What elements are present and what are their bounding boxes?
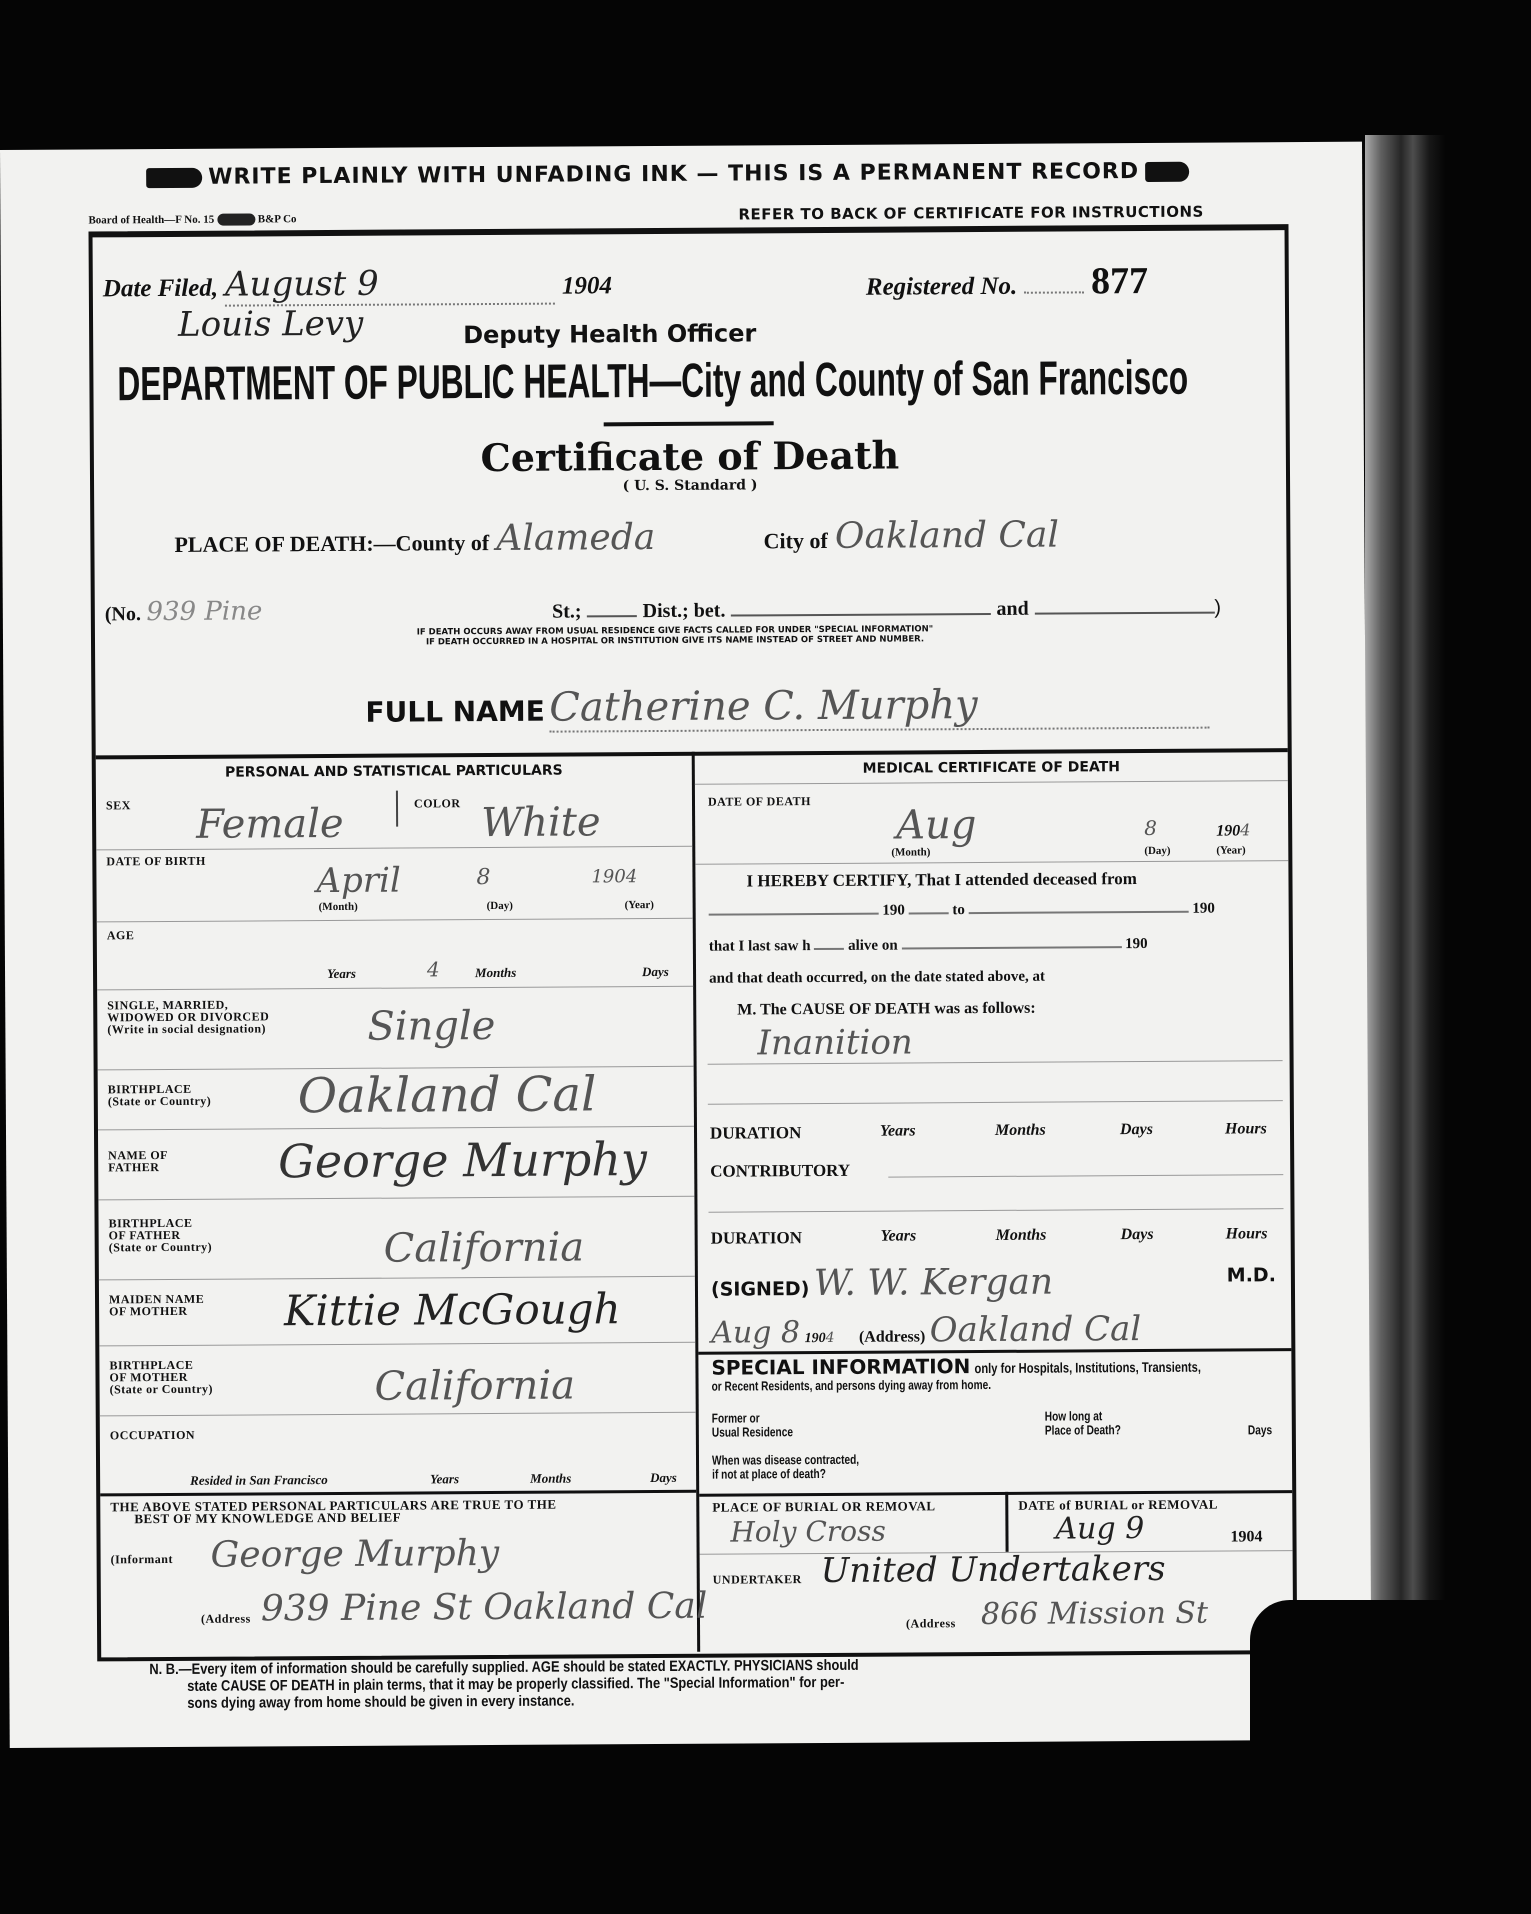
burial-date-year: 1904 xyxy=(1230,1528,1262,1546)
sex-label: SEX xyxy=(106,799,131,811)
color-label: COLOR xyxy=(414,797,461,809)
dod-year-caption: (Year) xyxy=(1216,844,1245,856)
last-saw-row: that I last saw h alive on 190 xyxy=(709,936,1148,956)
attestation: THE ABOVE STATED PERSONAL PARTICULARS AR… xyxy=(110,1499,556,1526)
physician-address-label: (Address) xyxy=(859,1328,925,1345)
resided-years-caption: Years xyxy=(430,1471,459,1487)
and-label: and xyxy=(996,598,1028,620)
board-form-number: Board of Health—F No. 15 B&P Co xyxy=(88,213,296,227)
former-label-2: Usual Residence xyxy=(712,1425,793,1439)
death-occurred-statement: and that death occurred, on the date sta… xyxy=(709,969,1045,988)
place-of-death-row: PLACE OF DEATH:—County of Alameda City o… xyxy=(174,515,1059,561)
dob-month: April xyxy=(316,861,401,902)
dod-month-caption: (Month) xyxy=(891,846,930,858)
sex-value: Female xyxy=(196,801,344,848)
contracted-2: if not at place of death? xyxy=(712,1467,859,1482)
date-filed-year: 1904 xyxy=(562,272,612,299)
father-label-2: FATHER xyxy=(108,1161,168,1173)
footnote-line-3: sons dying away from home should be give… xyxy=(149,1693,574,1713)
dod-month: Aug xyxy=(896,802,977,848)
burial-date-value: Aug 9 xyxy=(1055,1511,1144,1547)
full-name-label: FULL NAME xyxy=(365,695,545,729)
birthplace-label-2: (State or Country) xyxy=(108,1095,212,1108)
duration-label-2: DURATION xyxy=(711,1228,802,1248)
former-residence-label: Former or Usual Residence xyxy=(712,1411,793,1439)
st-label: St.; xyxy=(552,600,582,622)
disease-contracted-label: When was disease contracted, if not at p… xyxy=(712,1453,859,1482)
father-birthplace-label: BIRTHPLACE OF FATHER (State or Country) xyxy=(109,1217,213,1254)
title-divider xyxy=(604,421,774,426)
burial-place-label: PLACE OF BURIAL OR REMOVAL xyxy=(712,1500,935,1513)
banner-text: WRITE PLAINLY WITH UNFADING INK — THIS I… xyxy=(208,159,1139,190)
pointing-hand-icon xyxy=(1145,162,1189,182)
signed-date-row: Aug 8 1904 (Address) Oakland Cal xyxy=(711,1309,1141,1352)
date-filed-label: Date Filed, xyxy=(103,275,218,303)
date-filed-row: Date Filed, August 9 1904 xyxy=(103,262,612,307)
dist-label: Dist.; bet. xyxy=(643,600,726,623)
printer-text: B&P Co xyxy=(258,213,297,225)
dod-day-caption: (Day) xyxy=(1144,845,1170,857)
resided-label: Resided in San Francisco xyxy=(190,1472,328,1489)
residence-note: IF DEATH OCCURS AWAY FROM USUAL RESIDENC… xyxy=(235,623,1115,648)
contributory-label: CONTRIBUTORY xyxy=(710,1161,850,1182)
signed-row: (SIGNED) W. W. Kergan M.D. xyxy=(711,1260,1286,1305)
special-heading-line2: or Recent Residents, and persons dying a… xyxy=(712,1377,992,1394)
union-label-icon xyxy=(217,214,255,226)
footnote: N. B.—Every item of information should b… xyxy=(149,1656,974,1712)
county-value: Alameda xyxy=(496,516,756,559)
mother-name-value: Kittie McGough xyxy=(284,1284,621,1335)
dod-year-prefix: 190 xyxy=(1216,822,1240,839)
cause-value: Inanition xyxy=(757,1022,913,1063)
informant-label: (Informant xyxy=(111,1553,173,1565)
dob-year: 1904 xyxy=(591,866,637,887)
occupation-label: OCCUPATION xyxy=(110,1429,195,1442)
page-shadow xyxy=(1250,1600,1450,1760)
informant-address-value: 939 Pine St Oakland Cal xyxy=(261,1586,708,1630)
physician-address-value: Oakland Cal xyxy=(930,1309,1142,1350)
footnote-line-2: state CAUSE OF DEATH in plain terms, tha… xyxy=(149,1674,844,1695)
alive-year-prefix: 190 xyxy=(1125,936,1148,952)
resided-days-caption: Days xyxy=(650,1470,677,1486)
department-title: DEPARTMENT OF PUBLIC HEALTH—City and Cou… xyxy=(117,347,1531,413)
father-bp-label-3: (State or Country) xyxy=(109,1241,213,1254)
how-long-days: Days xyxy=(1248,1422,1272,1437)
age-days-caption: Days xyxy=(642,964,669,980)
alive-on-label: alive on xyxy=(848,938,898,954)
age-label: AGE xyxy=(107,929,135,941)
no-label: (No. xyxy=(105,603,141,625)
informant-address-label: (Address xyxy=(201,1612,251,1624)
signed-year-prefix: 190 xyxy=(805,1331,826,1346)
duration-years: Years xyxy=(880,1122,916,1140)
dod-label: DATE OF DEATH xyxy=(708,795,811,808)
registered-number-row: Registered No. 877 xyxy=(866,259,1149,305)
color-value: White xyxy=(481,799,601,846)
column-divider xyxy=(692,752,700,1652)
cause-label: M. The CAUSE OF DEATH was as follows: xyxy=(737,1000,1035,1020)
duration-label: DURATION xyxy=(710,1123,801,1143)
special-heading-rest: only for Hospitals, Institutions, Transi… xyxy=(975,1359,1202,1376)
duration-months: Months xyxy=(995,1122,1046,1140)
how-long-label: How long at Place of Death? xyxy=(1045,1409,1121,1437)
mother-name-label: MAIDEN NAME OF MOTHER xyxy=(109,1293,204,1318)
age-months-caption: Months xyxy=(475,965,516,981)
city-label: City of xyxy=(764,528,828,553)
form-number-text: Board of Health—F No. 15 xyxy=(88,214,214,227)
attended-dates-row: 190 to 190 xyxy=(709,901,1215,921)
officer-signature: Louis Levy xyxy=(178,304,363,345)
mother-birthplace-value: California xyxy=(374,1363,575,1410)
undertaker-value: United Undertakers xyxy=(821,1549,1166,1591)
signed-date: Aug 8 xyxy=(711,1315,800,1351)
pointing-hand-icon xyxy=(146,168,202,188)
undertaker-address-label: (Address xyxy=(906,1617,956,1629)
registered-label: Registered No. xyxy=(866,273,1018,301)
sex-color-divider xyxy=(396,791,398,827)
physician-signature: W. W. Kergan xyxy=(814,1262,1054,1304)
how-long-2: Place of Death? xyxy=(1045,1423,1121,1437)
certificate-frame: Date Filed, August 9 1904 Registered No.… xyxy=(88,224,1297,1661)
attest-divider xyxy=(100,1490,696,1497)
special-heading: SPECIAL INFORMATION only for Hospitals, … xyxy=(711,1352,1258,1379)
ink-banner: WRITE PLAINLY WITH UNFADING INK — THIS I… xyxy=(140,159,1195,190)
dob-label: DATE OF BIRTH xyxy=(106,855,206,868)
duration-days: Days xyxy=(1120,1121,1153,1139)
dob-day-caption: (Day) xyxy=(487,900,513,912)
registered-number: 877 xyxy=(1091,260,1148,302)
father-name-value: George Murphy xyxy=(278,1132,647,1188)
burial-date-label: DATE of BURIAL or REMOVAL xyxy=(1018,1499,1218,1512)
to-label: to xyxy=(952,902,965,918)
mother-bp-label-3: (State or Country) xyxy=(110,1383,214,1396)
duration-hours-2: Hours xyxy=(1226,1225,1268,1243)
dod-year-suffix: 4 xyxy=(1240,820,1250,839)
full-name-row: FULL NAME Catherine C. Murphy xyxy=(365,681,1209,734)
dob-month-caption: (Month) xyxy=(319,901,358,913)
certify-statement: I HEREBY CERTIFY, That I attended deceas… xyxy=(746,869,1137,891)
burial-column-divider xyxy=(1005,1492,1008,1552)
age-years-caption: Years xyxy=(327,966,356,982)
street-value: 939 Pine xyxy=(146,595,546,627)
refer-instructions: REFER TO BACK OF CERTIFICATE FOR INSTRUC… xyxy=(738,203,1204,224)
signed-label: (SIGNED) xyxy=(711,1278,810,1301)
birthplace-label: BIRTHPLACE (State or Country) xyxy=(108,1083,212,1108)
marital-label-3: (Write in social designation) xyxy=(107,1022,269,1035)
duration-months-2: Months xyxy=(996,1227,1047,1245)
burial-place-value: Holy Cross xyxy=(730,1515,886,1549)
street-row: (No. 939 Pine St.; Dist.; bet. and ) xyxy=(105,591,1221,628)
mother-label-2: OF MOTHER xyxy=(109,1305,204,1318)
officer-title: Deputy Health Officer xyxy=(463,319,756,349)
marital-value: Single xyxy=(367,1003,495,1050)
place-of-death-label: PLACE OF DEATH:—County of xyxy=(174,530,489,558)
attest-line-2: BEST OF MY KNOWLEDGE AND BELIEF xyxy=(110,1511,556,1526)
father-name-label: NAME OF FATHER xyxy=(108,1149,168,1173)
birthplace-value: Oakland Cal xyxy=(298,1066,597,1124)
date-filed-value: August 9 xyxy=(225,263,555,307)
duration-days-2: Days xyxy=(1121,1226,1154,1244)
duration-row-1: DURATION Years Months Days Hours xyxy=(710,1120,1285,1144)
informant-value: George Murphy xyxy=(210,1533,499,1576)
md-label: M.D. xyxy=(1227,1264,1276,1286)
mother-birthplace-label: BIRTHPLACE OF MOTHER (State or Country) xyxy=(109,1359,213,1396)
city-value: Oakland Cal xyxy=(835,515,1059,557)
duration-hours: Hours xyxy=(1225,1120,1267,1138)
full-name-value: Catherine C. Murphy xyxy=(549,681,1209,733)
dob-day: 8 xyxy=(476,865,490,890)
duration-row-2: DURATION Years Months Days Hours xyxy=(711,1225,1286,1249)
undertaker-label: UNDERTAKER xyxy=(713,1573,802,1586)
department-title-text: DEPARTMENT OF PUBLIC HEALTH—City and Cou… xyxy=(117,351,1188,414)
from-year-prefix: 190 xyxy=(882,902,905,918)
dod-day: 8 xyxy=(1144,816,1157,840)
signed-year-suffix: 4 xyxy=(826,1330,835,1346)
age-months-value: 4 xyxy=(427,957,440,981)
dod-year: 1904 xyxy=(1216,820,1250,840)
personal-heading: PERSONAL AND STATISTICAL PARTICULARS xyxy=(96,762,692,782)
death-certificate-page: WRITE PLAINLY WITH UNFADING INK — THIS I… xyxy=(0,142,1372,1748)
marital-label: SINGLE, MARRIED, WIDOWED OR DIVORCED (Wr… xyxy=(107,998,269,1035)
duration-years-2: Years xyxy=(881,1227,917,1245)
resided-months-caption: Months xyxy=(530,1471,571,1487)
last-saw-label: that I last saw h xyxy=(709,938,811,955)
dob-year-caption: (Year) xyxy=(625,899,654,911)
father-birthplace-value: California xyxy=(384,1224,585,1271)
special-heading-big: SPECIAL INFORMATION xyxy=(711,1354,970,1380)
medical-heading: MEDICAL CERTIFICATE OF DEATH xyxy=(695,758,1288,778)
to-year-prefix: 190 xyxy=(1192,901,1215,917)
undertaker-address-value: 866 Mission St xyxy=(981,1596,1208,1632)
